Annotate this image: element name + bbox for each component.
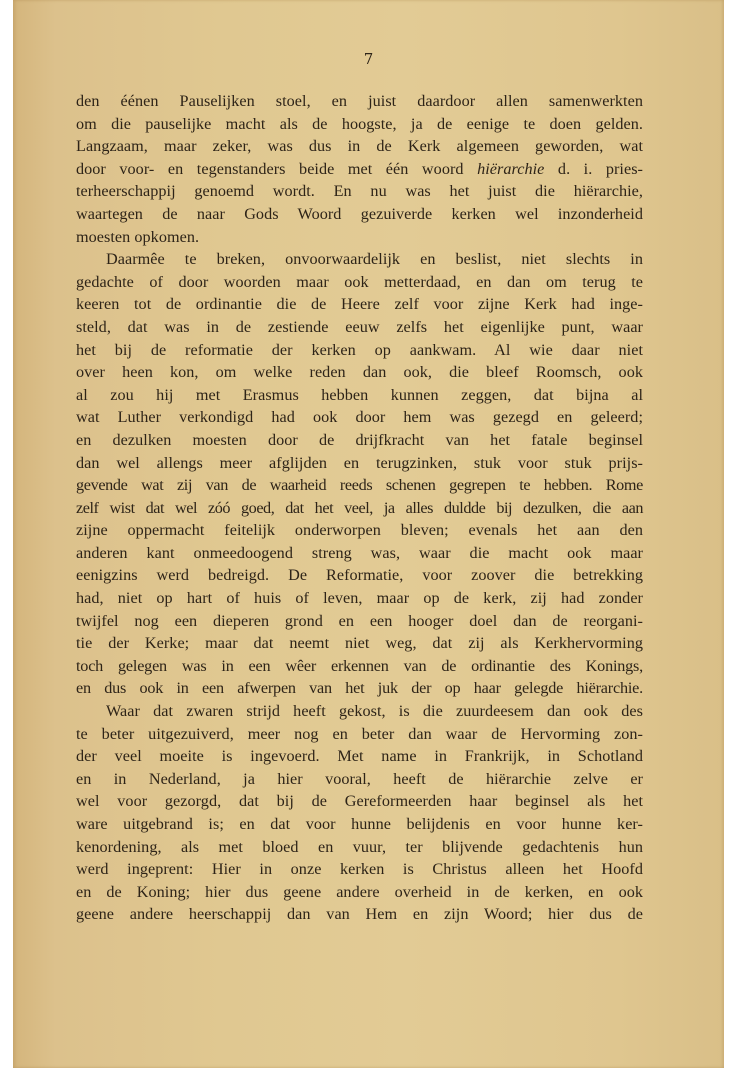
text-line: Waar dat zwaren strijd heeft gekost, is … <box>76 700 643 723</box>
text-line: gedachte of door woorden maar ook metter… <box>76 271 643 294</box>
text-line: kenordening, als met bloed en vuur, ter … <box>76 836 643 859</box>
text-line: en in Nederland, ja hier vooral, heeft d… <box>76 768 643 791</box>
text-line: werd ingeprent: Hier in onze kerken is C… <box>76 858 643 881</box>
text-line: waartegen de naar Gods Woord gezuiverde … <box>76 203 643 226</box>
text-line: den éénen Pauselijken stoel, en juist da… <box>76 90 643 113</box>
text-line: en de Koning; hier dus geene andere over… <box>76 881 643 904</box>
text-line: gevende wat zij van de waarheid reeds sc… <box>76 474 643 497</box>
text-line: moesten opkomen. <box>76 226 643 249</box>
text-line: had, niet op hart of huis of leven, maar… <box>76 587 643 610</box>
paragraph-2: Daarmêe te breken, onvoorwaardelijk en b… <box>76 248 643 700</box>
text-line: Daarmêe te breken, onvoorwaardelijk en b… <box>76 248 643 271</box>
text-line: zelf wist dat wel zóó goed, dat het veel… <box>76 497 643 520</box>
text-line: Langzaam, maar zeker, was dus in de Kerk… <box>76 135 643 158</box>
text-line: steld, dat was in de zestiende eeuw zelf… <box>76 316 643 339</box>
text-line: al zou hij met Erasmus hebben kunnen zeg… <box>76 384 643 407</box>
text-line: en dezulken moesten door de drijfkracht … <box>76 429 643 452</box>
text-line: tie der Kerke; maar dat neemt niet weg, … <box>76 632 643 655</box>
italic-term: hiërarchie <box>477 160 544 178</box>
text-line: te beter uitgezuiverd, meer nog en beter… <box>76 723 643 746</box>
page-number: 7 <box>13 50 724 68</box>
text-line: dan wel allengs meer afglijden en terugz… <box>76 452 643 475</box>
text-line: keeren tot de ordinantie die de Heere ze… <box>76 293 643 316</box>
text-line: toch gelegen was in een wêer erkennen va… <box>76 655 643 678</box>
body-text: den éénen Pauselijken stoel, en juist da… <box>76 90 643 926</box>
text-line: zijne oppermacht feitelijk onderworpen b… <box>76 519 643 542</box>
text-line: het bij de reformatie der kerken op aank… <box>76 339 643 362</box>
text-line: en dus ook in een afwerpen van het juk d… <box>76 677 643 700</box>
text-line: wat Luther verkondigd had ook door hem w… <box>76 406 643 429</box>
paragraph-3: Waar dat zwaren strijd heeft gekost, is … <box>76 700 643 926</box>
text-line: terheerschappij genoemd wordt. En nu was… <box>76 180 643 203</box>
text-line: eenigzins werd bedreigd. De Reformatie, … <box>76 564 643 587</box>
book-page: 7 den éénen Pauselijken stoel, en juist … <box>13 0 724 1068</box>
text-line: door voor- en tegenstanders beide met éé… <box>76 158 643 181</box>
paragraph-1: den éénen Pauselijken stoel, en juist da… <box>76 90 643 248</box>
text-line: ware uitgebrand is; en dat voor hunne be… <box>76 813 643 836</box>
text-line: twijfel nog een dieperen grond en een ho… <box>76 610 643 633</box>
text-line: om die pauselijke macht als de hoogste, … <box>76 113 643 136</box>
text-line: der veel moeite is ingevoerd. Met name i… <box>76 745 643 768</box>
text-line: geene andere heerschappij dan van Hem en… <box>76 903 643 926</box>
text-run: d. i. pries- <box>544 160 643 178</box>
text-line: anderen kant onmeedoogend streng was, wa… <box>76 542 643 565</box>
text-run: door voor- en tegenstanders beide met éé… <box>76 160 477 178</box>
text-line: wel voor gezorgd, dat bij de Gereformeer… <box>76 790 643 813</box>
text-line: over heen kon, om welke reden dan ook, d… <box>76 361 643 384</box>
